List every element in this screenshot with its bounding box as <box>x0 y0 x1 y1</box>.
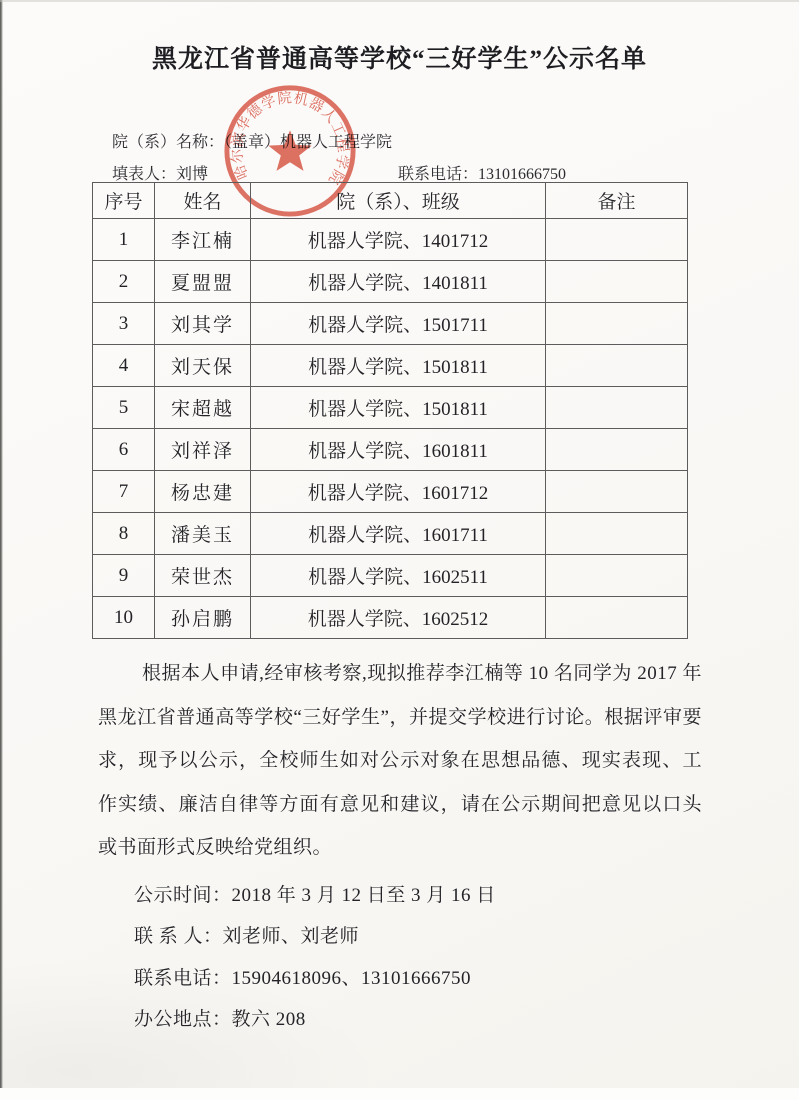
cell-name: 刘祥泽 <box>155 429 251 471</box>
table-row: 6 刘祥泽 机器人学院、1601811 <box>93 429 688 471</box>
cell-class: 机器人学院、1602511 <box>251 555 546 597</box>
cell-note <box>546 429 688 471</box>
cell-name: 刘天保 <box>155 345 251 387</box>
contact-person-line: 联 系 人：刘老师、刘老师 <box>98 916 702 958</box>
scanned-document-page: 黑龙江省普通高等学校“三好学生”公示名单 院（系）名称：（盖章）机器人工程学院 … <box>0 0 799 1100</box>
table-row: 3 刘其学 机器人学院、1501711 <box>93 303 688 345</box>
contact-phone-line: 联系电话：13101666750 <box>398 161 566 184</box>
cell-no: 9 <box>93 555 155 597</box>
table-row: 10 孙启鹏 机器人学院、1602512 <box>93 597 688 639</box>
cell-class: 机器人学院、1401811 <box>251 261 546 303</box>
office-location-line: 办公地点：教六 208 <box>98 999 702 1041</box>
cell-name: 孙启鹏 <box>155 597 251 639</box>
cell-name: 夏盟盟 <box>155 261 251 303</box>
header-姓名: 姓名 <box>155 183 251 219</box>
roster-table: 序号 姓名 院（系）、班级 备注 1 李江楠 机器人学院、1401712 2 夏… <box>92 182 688 639</box>
cell-note <box>546 555 688 597</box>
header-院系班级: 院（系）、班级 <box>251 183 546 219</box>
cell-note <box>546 387 688 429</box>
publicity-period-line: 公示时间：2018 年 3 月 12 日至 3 月 16 日 <box>98 875 702 917</box>
cell-class: 机器人学院、1601712 <box>251 471 546 513</box>
contact-numbers-line: 联系电话：15904618096、13101666750 <box>98 958 702 1000</box>
header-备注: 备注 <box>546 183 688 219</box>
header-序号: 序号 <box>93 183 155 219</box>
cell-no: 8 <box>93 513 155 555</box>
table-row: 2 夏盟盟 机器人学院、1401811 <box>93 261 688 303</box>
table-row: 5 宋超越 机器人学院、1501811 <box>93 387 688 429</box>
seal-star-icon <box>268 130 311 171</box>
cell-class: 机器人学院、1501711 <box>251 303 546 345</box>
cell-name: 刘其学 <box>155 303 251 345</box>
cell-note <box>546 471 688 513</box>
table-row: 8 潘美玉 机器人学院、1601711 <box>93 513 688 555</box>
cell-name: 杨忠建 <box>155 471 251 513</box>
cell-no: 6 <box>93 429 155 471</box>
scan-edge-top <box>0 0 799 2</box>
cell-note <box>546 261 688 303</box>
cell-class: 机器人学院、1401712 <box>251 219 546 261</box>
cell-note <box>546 219 688 261</box>
cell-name: 李江楠 <box>155 219 251 261</box>
cell-note <box>546 597 688 639</box>
notice-body: 根据本人申请,经审核考察,现拟推荐李江楠等 10 名同学为 2017 年黑龙江省… <box>98 652 702 1041</box>
table-row: 7 杨忠建 机器人学院、1601712 <box>93 471 688 513</box>
cell-no: 7 <box>93 471 155 513</box>
cell-class: 机器人学院、1601711 <box>251 513 546 555</box>
cell-class: 机器人学院、1501811 <box>251 345 546 387</box>
table-row: 9 荣世杰 机器人学院、1602511 <box>93 555 688 597</box>
notice-paragraph: 根据本人申请,经审核考察,现拟推荐李江楠等 10 名同学为 2017 年黑龙江省… <box>98 652 702 870</box>
cell-no: 1 <box>93 219 155 261</box>
table-row: 4 刘天保 机器人学院、1501811 <box>93 345 688 387</box>
cell-name: 宋超越 <box>155 387 251 429</box>
cell-no: 5 <box>93 387 155 429</box>
cell-name: 荣世杰 <box>155 555 251 597</box>
table-row: 1 李江楠 机器人学院、1401712 <box>93 219 688 261</box>
scan-edge-left <box>0 0 3 1100</box>
cell-no: 2 <box>93 261 155 303</box>
cell-no: 10 <box>93 597 155 639</box>
cell-note <box>546 345 688 387</box>
table-header-row: 序号 姓名 院（系）、班级 备注 <box>93 183 688 219</box>
cell-note <box>546 513 688 555</box>
cell-class: 机器人学院、1602512 <box>251 597 546 639</box>
cell-class: 机器人学院、1601811 <box>251 429 546 471</box>
document-title: 黑龙江省普通高等学校“三好学生”公示名单 <box>0 44 799 76</box>
cell-no: 3 <box>93 303 155 345</box>
cell-no: 4 <box>93 345 155 387</box>
cell-class: 机器人学院、1501811 <box>251 387 546 429</box>
form-filler-line: 填表人：刘博 <box>112 161 208 184</box>
cell-name: 潘美玉 <box>155 513 251 555</box>
scan-edge-bottom <box>0 1088 799 1100</box>
cell-note <box>546 303 688 345</box>
